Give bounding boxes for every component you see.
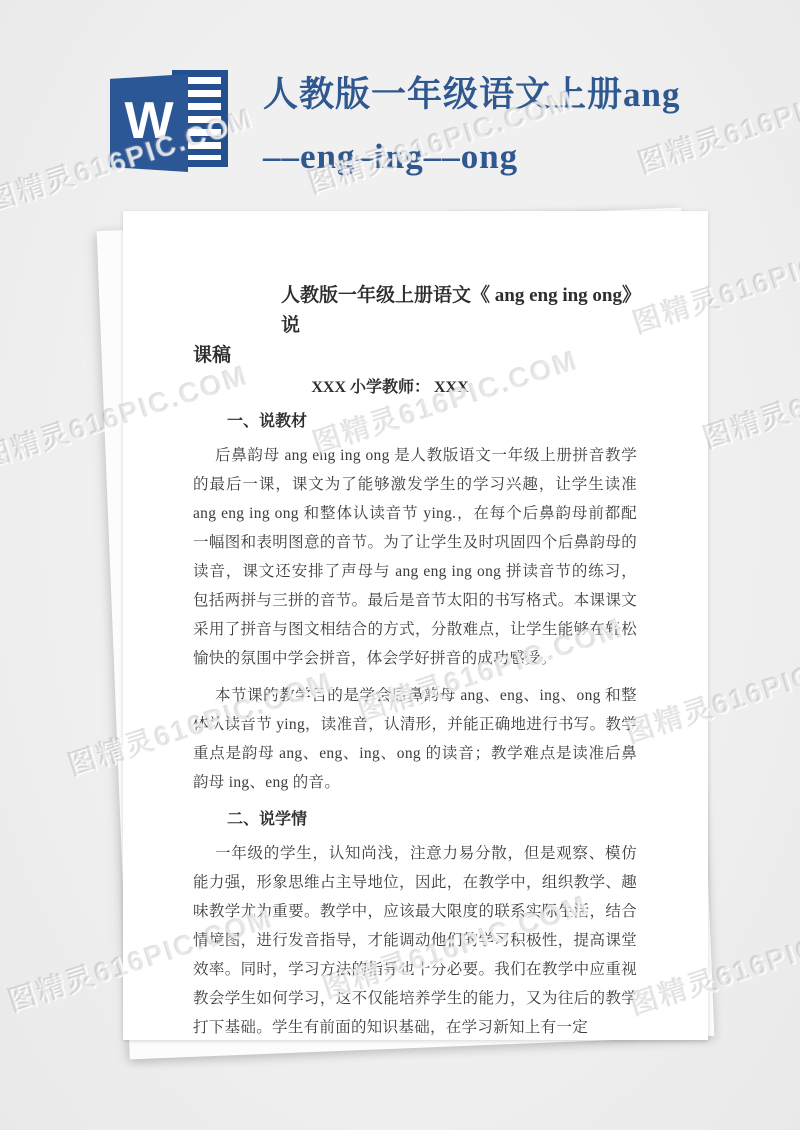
word-icon-letter: W — [124, 95, 173, 147]
section-heading-2: 二、说学情 — [227, 805, 637, 835]
page-title-line-2: ––eng–ing––ong — [263, 126, 683, 188]
page-title[interactable]: 人教版一年级语文上册ang ––eng–ing––ong — [263, 64, 683, 188]
document-page: 人教版一年级上册语文《 ang eng ing ong》说 课稿 XXX 小学教… — [123, 211, 708, 1040]
word-icon-w-panel: W — [110, 74, 188, 172]
doc-title: 人教版一年级上册语文《 ang eng ing ong》说 课稿 — [193, 281, 637, 371]
paragraph-2-1: 一年级的学生，认知尚浅，注意力易分散，但是观察、模仿能力强，形象思维占主导地位，… — [193, 839, 637, 1042]
paragraph-1-1: 后鼻韵母 ang eng ing ong 是人教版语文一年级上册拼音教学的最后一… — [193, 441, 637, 673]
doc-title-line-2: 课稿 — [193, 341, 637, 371]
doc-author-line: XXX 小学教师： XXX — [193, 373, 637, 403]
doc-title-line-1: 人教版一年级上册语文《 ang eng ing ong》说 — [193, 281, 637, 341]
section-heading-1: 一、说教材 — [227, 407, 637, 437]
paragraph-1-2: 本节课的教学目的是学会后鼻韵母 ang、eng、ing、ong 和整体认读音节 … — [193, 681, 637, 797]
page-title-line-1: 人教版一年级语文上册ang — [263, 64, 683, 126]
watermark-text: 图精灵616PIC.COM — [697, 333, 800, 456]
preview-canvas: W 人教版一年级语文上册ang ––eng–ing––ong 人教版一年级上册语… — [0, 0, 800, 1130]
word-icon: W — [110, 70, 228, 174]
